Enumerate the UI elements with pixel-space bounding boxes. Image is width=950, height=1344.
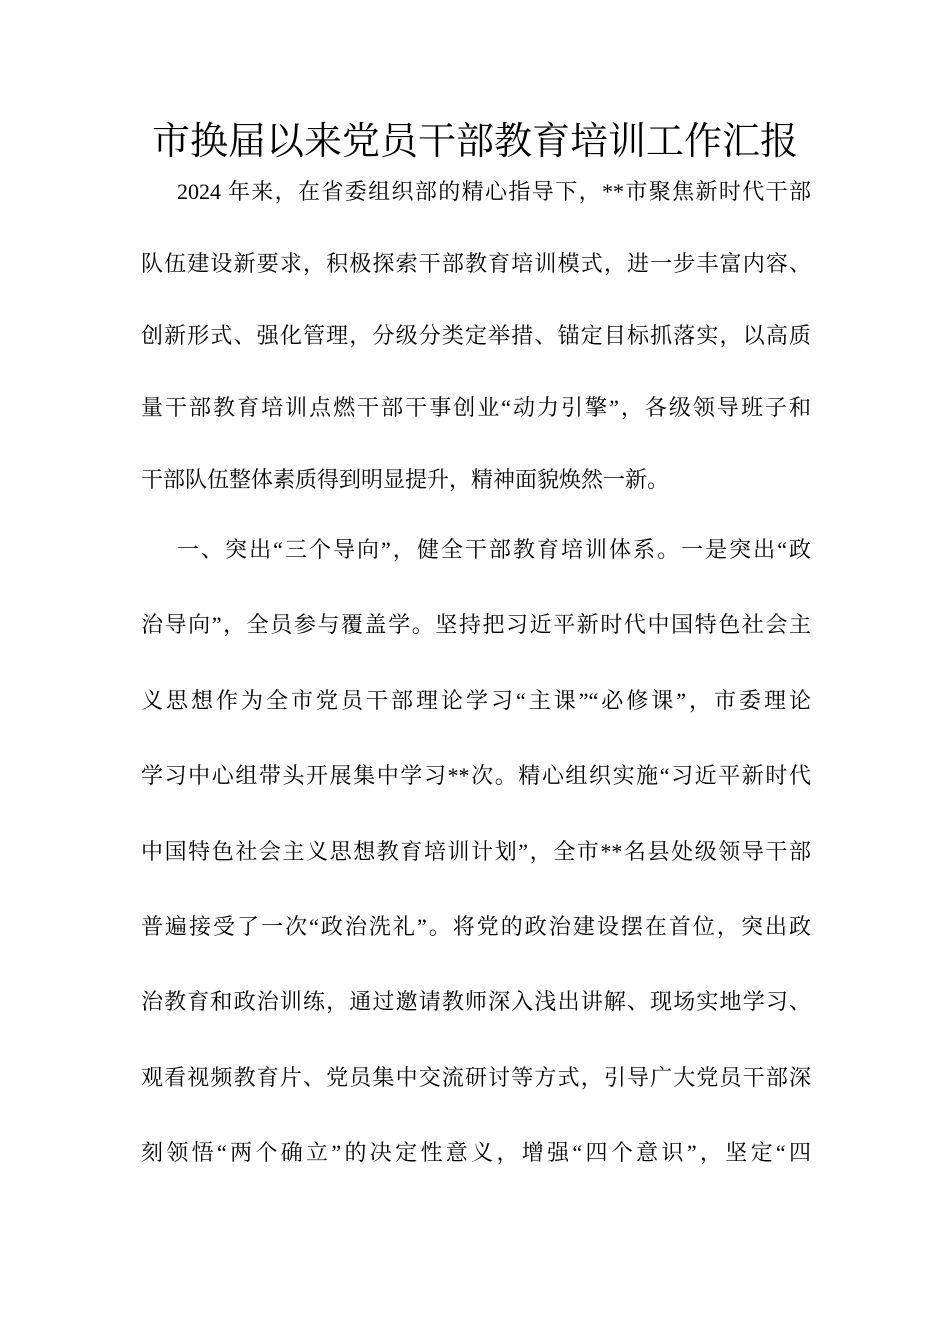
text-line: 2024 年来，在省委组织部的精心指导下，**市聚焦新时代干部 <box>141 156 811 228</box>
text-line: 创新形式、强化管理，分级分类定举措、锚定目标抓落实，以高质 <box>141 300 811 372</box>
text-line: 观看视频教育片、党员集中交流研讨等方式，引导广大党员干部深 <box>141 1040 811 1115</box>
text-line: 干部队伍整体素质得到明显提升，精神面貌焕然一新。 <box>141 444 811 516</box>
document-body: 2024 年来，在省委组织部的精心指导下，**市聚焦新时代干部队伍建设新要求，积… <box>141 0 811 1344</box>
text-line: 治导向”，全员参与覆盖学。坚持把习近平新时代中国特色社会主 <box>141 587 811 662</box>
text-line: 学习中心组带头开展集中学习**次。精心组织实施“习近平新时代 <box>141 738 811 813</box>
paragraph: 2024 年来，在省委组织部的精心指导下，**市聚焦新时代干部队伍建设新要求，积… <box>141 156 811 516</box>
text-line: 普遍接受了一次“政治洗礼”。将党的政治建设摆在首位，突出政 <box>141 889 811 964</box>
text-line: 刻领悟“两个确立”的决定性意义，增强“四个意识”，坚定“四 <box>141 1115 811 1190</box>
paragraph: 一、突出“三个导向”，健全干部教育培训体系。一是突出“政治导向”，全员参与覆盖学… <box>141 512 811 1191</box>
document-page: 市换届以来党员干部教育培训工作汇报 2024 年来，在省委组织部的精心指导下，*… <box>0 0 950 1344</box>
text-line: 中国特色社会主义思想教育培训计划”，全市**名县处级领导干部 <box>141 814 811 889</box>
text-line: 队伍建设新要求，积极探索干部教育培训模式，进一步丰富内容、 <box>141 228 811 300</box>
text-line: 一、突出“三个导向”，健全干部教育培训体系。一是突出“政 <box>141 512 811 587</box>
text-line: 义思想作为全市党员干部理论学习“主课”“必修课”，市委理论 <box>141 663 811 738</box>
text-line: 治教育和政治训练，通过邀请教师深入浅出讲解、现场实地学习、 <box>141 964 811 1039</box>
text-line: 量干部教育培训点燃干部干事创业“动力引擎”，各级领导班子和 <box>141 372 811 444</box>
